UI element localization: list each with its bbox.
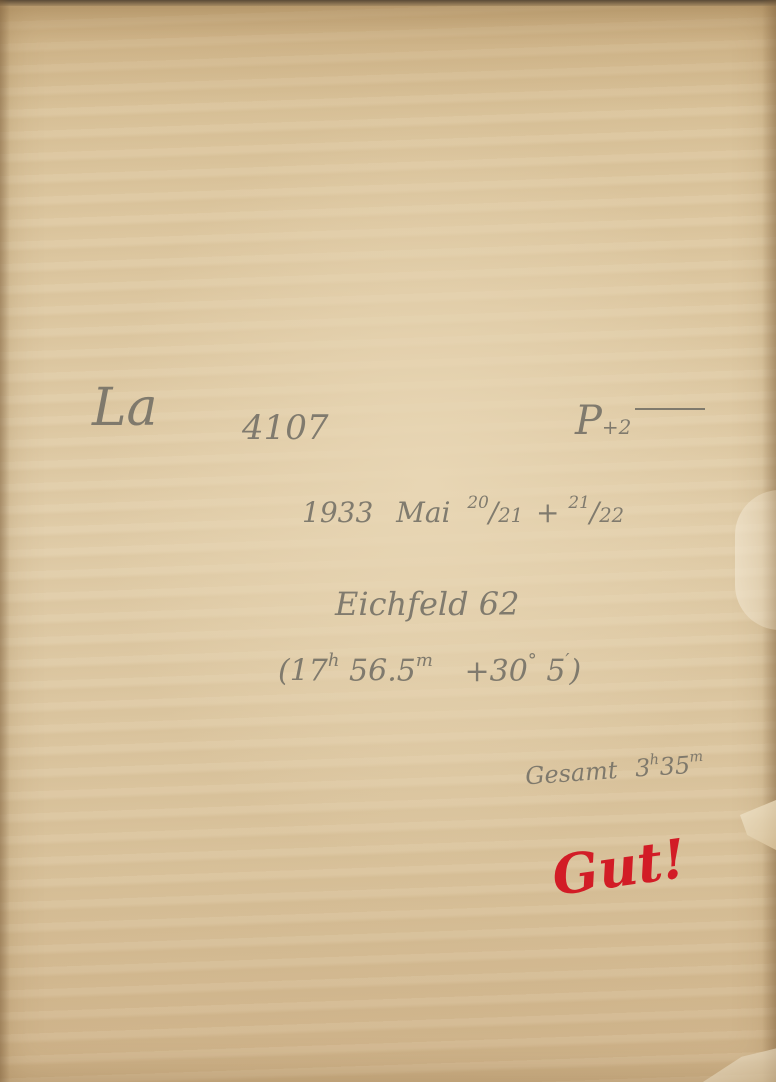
coordinates: (17h 56.5m +30° 5′)	[278, 650, 581, 689]
ra-hours-unit: h	[328, 650, 340, 671]
date-plus: +	[536, 496, 559, 529]
coords-close-paren: )	[570, 654, 582, 689]
field-name-text: Eichfeld 62	[335, 585, 520, 623]
date-night2-bottom: 22	[599, 504, 624, 527]
date-line: 1933 Mai 20/21 + 21/22	[302, 492, 624, 529]
date-night1-top: 20	[467, 492, 488, 512]
ra-hours: 17	[290, 654, 328, 689]
ra-minutes-unit: m	[416, 650, 433, 671]
dec-minutes: 5	[546, 654, 565, 689]
ra-minutes: 56.5	[349, 654, 416, 689]
field-name: Eichfeld 62	[335, 585, 520, 623]
dec-degrees-unit: °	[528, 650, 537, 671]
plate-number: 4107	[242, 408, 329, 448]
plate-mark-letter: P	[575, 398, 602, 444]
plate-mark-underline	[635, 408, 705, 410]
coords-open-paren: (	[278, 654, 290, 689]
envelope-sheet	[0, 0, 776, 1082]
exposure-minutes: 35	[659, 751, 691, 781]
envelope-top-edge	[0, 0, 776, 6]
plate-mark: P+2	[575, 398, 705, 444]
date-month: Mai	[396, 496, 450, 529]
envelope-fold-tab	[735, 490, 776, 630]
date-night2-top: 21	[568, 492, 589, 512]
plate-id-prefix: La	[92, 378, 158, 438]
exposure-minutes-unit: m	[689, 749, 704, 766]
date-year: 1933	[302, 496, 373, 529]
plate-id-number: 4107	[242, 408, 329, 448]
envelope-left-edge	[0, 0, 10, 1082]
dec-degrees: +30	[464, 654, 527, 689]
date-night1-bottom: 21	[498, 504, 523, 527]
plate-id: La	[92, 378, 158, 438]
plate-mark-suffix: +2	[602, 415, 631, 439]
